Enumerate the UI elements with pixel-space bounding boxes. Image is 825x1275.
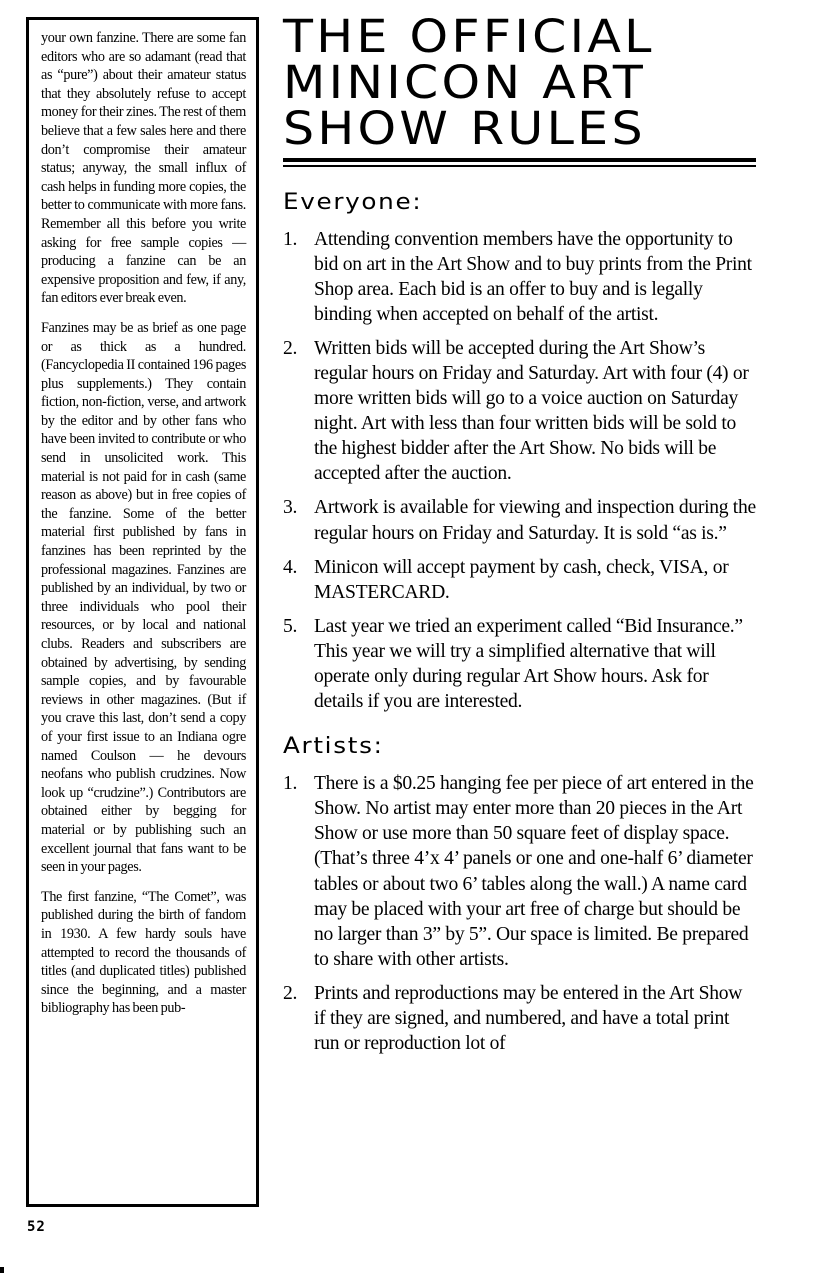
rule-number: 2. [283,336,297,361]
rule-text: Minicon will accept payment by cash, che… [314,557,728,603]
rule-number: 3. [283,495,297,520]
rule-item: 1.Attending convention members have the … [283,227,758,327]
rule-number: 2. [283,981,297,1006]
title-line: SHOW RULES [283,106,801,152]
rules-list-artists: 1.There is a $0.25 hanging fee per piece… [283,771,758,1056]
page-number: 52 [27,1219,46,1235]
sidebar-fanzine-article: your own fanzine. There are some fan edi… [26,17,259,1207]
rule-text: There is a $0.25 hanging fee per piece o… [314,773,754,970]
section-heading-artists: Artists: [283,734,815,759]
rule-item: 5.Last year we tried an experiment calle… [283,614,758,714]
sidebar-paragraph: The first fanzine, “The Comet”, was publ… [41,888,246,1018]
sidebar-paragraph: your own fanzine. There are some fan edi… [41,29,246,308]
rule-item: 2.Prints and reproductions may be entere… [283,981,758,1056]
rule-text: Written bids will be accepted during the… [314,338,749,484]
rule-number: 1. [283,771,297,796]
rule-item: 4.Minicon will accept payment by cash, c… [283,555,758,605]
title-line: THE OFFICIAL [283,14,801,60]
rules-list-everyone: 1.Attending convention members have the … [283,227,758,715]
sidebar-paragraph: Fanzines may be as brief as one page or … [41,319,246,877]
section-heading-everyone: Everyone: [283,190,815,215]
rule-item: 2.Written bids will be accepted during t… [283,336,758,487]
title-divider-thin [283,165,756,167]
rule-number: 4. [283,555,297,580]
main-column: THE OFFICIAL MINICON ART SHOW RULES Ever… [283,14,758,1065]
rule-text: Attending convention members have the op… [314,229,752,325]
rule-text: Artwork is available for viewing and ins… [314,497,756,543]
scan-mark [0,1267,4,1273]
page-title: THE OFFICIAL MINICON ART SHOW RULES [283,14,758,152]
title-line: MINICON ART [283,60,801,106]
title-divider-thick [283,158,756,162]
rule-number: 1. [283,227,297,252]
rule-text: Last year we tried an experiment called … [314,616,743,712]
rule-number: 5. [283,614,297,639]
rule-item: 3.Artwork is available for viewing and i… [283,495,758,545]
rule-item: 1.There is a $0.25 hanging fee per piece… [283,771,758,972]
rule-text: Prints and reproductions may be entered … [314,983,742,1054]
